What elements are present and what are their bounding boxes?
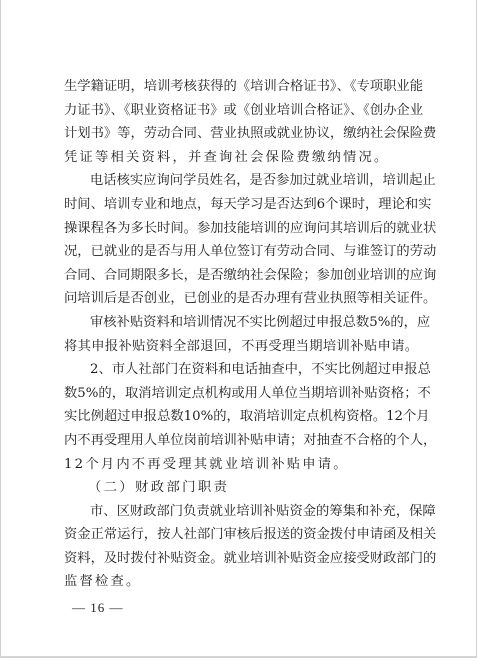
text-line: 凭证等相关资料，并查询社会保险费缴纳情况。 xyxy=(64,146,418,170)
text-line: 实比例超过申报总数10%的，取消培训定点机构资格。12个月 xyxy=(64,405,418,429)
text-line: 数5%的，取消培训定点机构或用人单位当期培训补贴资格；不 xyxy=(64,382,418,406)
paragraph-finance-duties: 市、区财政部门负责就业培训补贴资金的筹集和补充，保障 资金正常运行，按人社部门审… xyxy=(64,500,418,594)
page-number: — 16 — xyxy=(72,600,124,616)
text-line: 时间、培训专业和地点，每天学习是否达到6个课时，理论和实 xyxy=(64,193,418,217)
paragraph-continuation: 生学籍证明，培训考核获得的《培训合格证书》、《专项职业能 力证书》、《职业资格证… xyxy=(64,75,418,169)
text-line: 资料，及时拨付补贴资金。就业培训补贴资金应接受财政部门的 xyxy=(64,547,418,571)
text-line: 操课程各为多长时间。参加技能培训的应询问其培训后的就业状 xyxy=(64,217,418,241)
text-line: 市、区财政部门负责就业培训补贴资金的筹集和补充，保障 xyxy=(64,500,418,524)
text-line: 内不再受理用人单位岗前培训补贴申请；对抽查不合格的个人， xyxy=(64,429,418,453)
text-line: 力证书》、《职业资格证书》或《创业培训合格证》、《创办企业 xyxy=(64,99,418,123)
text-line: 合同、合同期限多长，是否缴纳社会保险；参加创业培训的应询 xyxy=(64,264,418,288)
text-line: 生学籍证明，培训考核获得的《培训合格证书》、《专项职业能 xyxy=(64,75,418,99)
text-line: 电话核实应询问学员姓名，是否参加过就业培训，培训起止 xyxy=(64,169,418,193)
text-line: 12个月内不再受理其就业培训补贴申请。 xyxy=(64,453,418,477)
paragraph-phone-verification: 电话核实应询问学员姓名，是否参加过就业培训，培训起止 时间、培训专业和地点，每天… xyxy=(64,169,418,311)
text-line: 况，已就业的是否与用人单位签订有劳动合同、与谁签订的劳动 xyxy=(64,240,418,264)
paragraph-audit: 审核补贴资料和培训情况不实比例超过申报总数5%的，应 将其申报补贴资料全部退回，… xyxy=(64,311,418,358)
paragraph-spot-check: 2、市人社部门在资料和电话抽查中，不实比例超过申报总 数5%的，取消培训定点机构… xyxy=(64,358,418,476)
text-line: 监督检查。 xyxy=(64,570,418,594)
text-line: 资金正常运行，按人社部门审核后报送的资金拨付申请函及相关 xyxy=(64,523,418,547)
text-line: 将其申报补贴资料全部退回，不再受理当期培训补贴申请。 xyxy=(64,335,418,359)
text-line: 问培训后是否创业，已创业的是否办理有营业执照等相关证件。 xyxy=(64,287,418,311)
document-page: 生学籍证明，培训考核获得的《培训合格证书》、《专项职业能 力证书》、《职业资格证… xyxy=(64,75,418,594)
text-line: 2、市人社部门在资料和电话抽查中，不实比例超过申报总 xyxy=(64,358,418,382)
section-heading: （二）财政部门职责 xyxy=(64,476,418,500)
text-line: 审核补贴资料和培训情况不实比例超过申报总数5%的，应 xyxy=(64,311,418,335)
text-line: 计划书》等，劳动合同、营业执照或就业协议，缴纳社会保险费 xyxy=(64,122,418,146)
